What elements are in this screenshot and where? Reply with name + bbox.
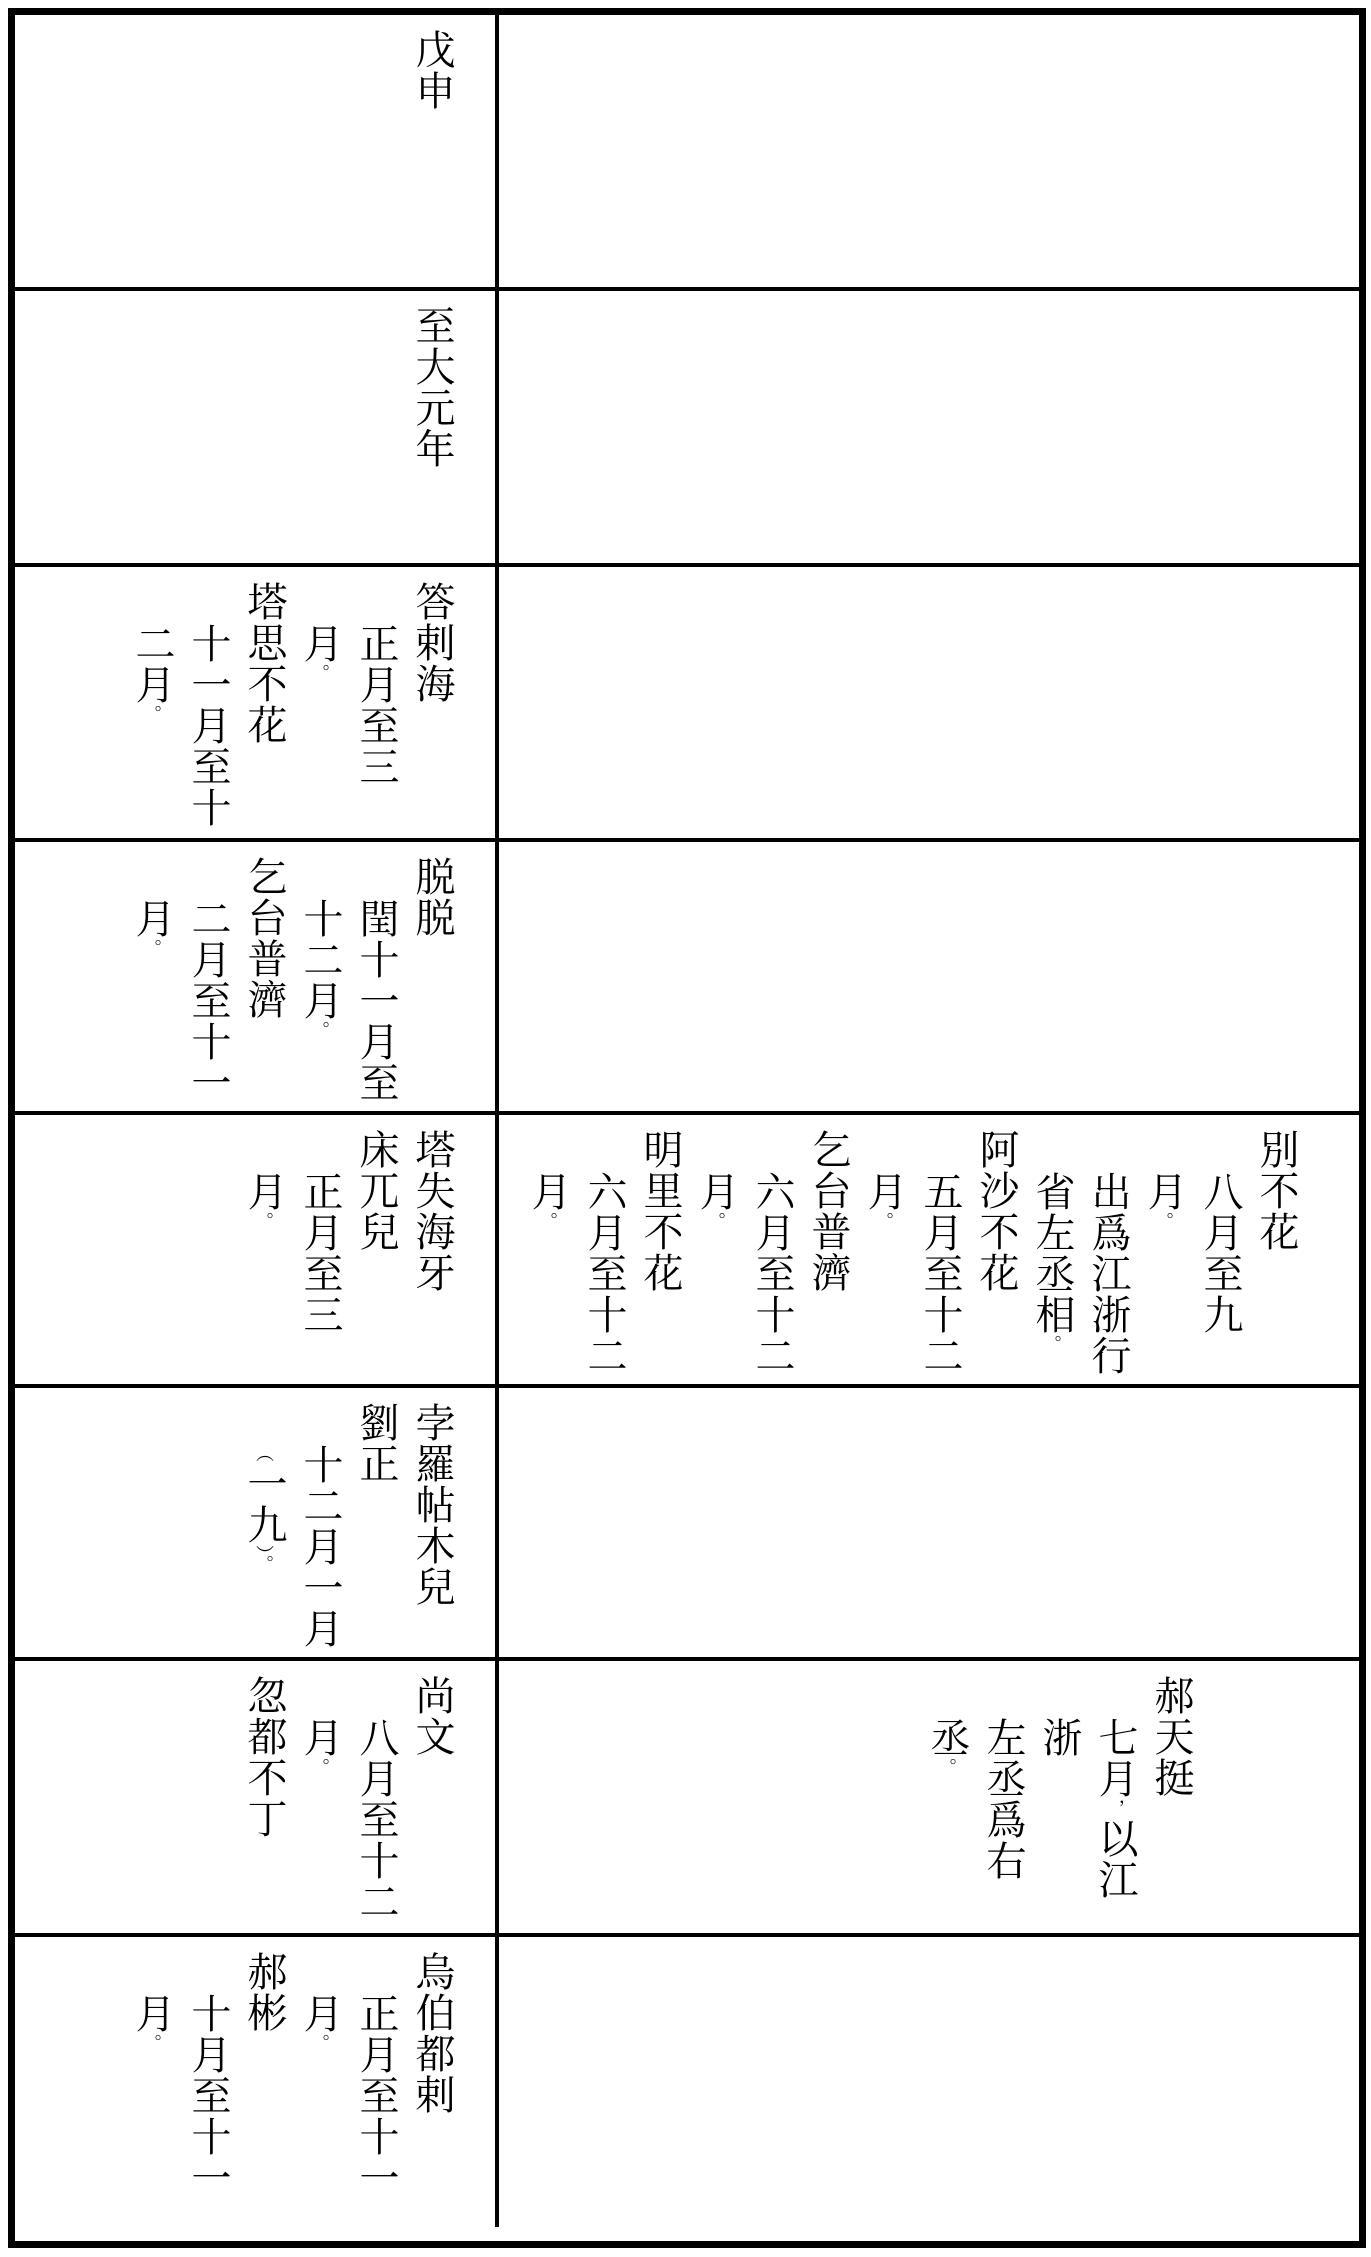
vertical-text-block: 孛羅帖木兒劉正十二月一月（一九）。 bbox=[15, 1388, 495, 1657]
date-range-text: 月。 bbox=[520, 1171, 576, 1380]
person-name-text: 戊申 bbox=[404, 29, 460, 283]
vertical-text-block: 郝天挺七月，以江浙左丞爲右丞。 bbox=[499, 1661, 1359, 1933]
date-range-text: 閏十一月至 bbox=[348, 898, 404, 1107]
date-range-text: 正月至三月。 bbox=[236, 1171, 348, 1380]
annotation-cell bbox=[499, 291, 1359, 563]
scanned-page: 戊申 至大元年 答剌海正月至三月。塔思不花十一月至十二月。 脱脱 bbox=[0, 0, 1371, 2257]
date-range-text: 五月至十二 bbox=[912, 1171, 968, 1380]
date-range-text: 八月至十二 bbox=[348, 1717, 404, 1929]
officials-cell: 郝天挺七月，以江浙左丞爲右丞。 bbox=[499, 1661, 1359, 1933]
officials-cell: 孛羅帖木兒劉正十二月一月（一九）。 bbox=[15, 1388, 499, 1657]
table-row: 戊申 bbox=[15, 15, 1359, 291]
date-range-text: 月。 bbox=[124, 1993, 180, 2223]
ganzhi-year-cell: 戊申 bbox=[15, 15, 499, 287]
person-name-text: 尚文 bbox=[404, 1675, 460, 1929]
chronology-table: 戊申 至大元年 答剌海正月至三月。塔思不花十一月至十二月。 脱脱 bbox=[8, 8, 1366, 2248]
annotation-cell bbox=[499, 567, 1359, 838]
person-name-text: 乞台普濟 bbox=[236, 856, 292, 1107]
table-row: 孛羅帖木兒劉正十二月一月（一九）。 bbox=[15, 1388, 1359, 1661]
officials-cell: 尚文八月至十二月。忽都不丁 bbox=[15, 1661, 499, 1933]
vertical-text-block bbox=[499, 567, 1359, 838]
vertical-text-block: 戊申 bbox=[15, 15, 495, 287]
person-name-text: 烏伯都剌 bbox=[404, 1951, 460, 2223]
person-name-text: 忽都不丁 bbox=[236, 1675, 292, 1929]
table-row: 尚文八月至十二月。忽都不丁 郝天挺七月，以江浙左丞爲右丞。 bbox=[15, 1661, 1359, 1937]
vertical-text-block: 尚文八月至十二月。忽都不丁 bbox=[15, 1661, 495, 1933]
vertical-text-block: 答剌海正月至三月。塔思不花十一月至十二月。 bbox=[15, 567, 495, 838]
date-range-text: 正月至十一 bbox=[348, 1993, 404, 2223]
vertical-text-block bbox=[499, 291, 1359, 563]
vertical-text-block: 至大元年 bbox=[15, 291, 495, 563]
date-range-text: 月。 bbox=[292, 1717, 348, 1929]
date-range-text: 六月至十二 bbox=[576, 1171, 632, 1380]
vertical-text-block: 脱脱閏十一月至十二月。乞台普濟二月至十一月。 bbox=[15, 842, 495, 1111]
era-year-cell: 至大元年 bbox=[15, 291, 499, 563]
date-range-text: 六月至十二 bbox=[744, 1171, 800, 1380]
date-range-text: 十二月一月 bbox=[292, 1444, 348, 1653]
date-range-text: 十一月至十 bbox=[180, 623, 236, 834]
date-range-text: 月。 bbox=[688, 1171, 744, 1380]
annotation-cell bbox=[499, 15, 1359, 287]
person-name-text: 孛羅帖木兒 bbox=[404, 1402, 460, 1653]
person-name-text: 答剌海 bbox=[404, 581, 460, 834]
vertical-text-block bbox=[499, 1388, 1359, 1657]
date-range-text: 八月至九月。 bbox=[1136, 1171, 1248, 1380]
table-row: 烏伯都剌正月至十一月。郝彬十月至十一月。 bbox=[15, 1937, 1359, 2227]
person-name-text: 床兀兒 bbox=[348, 1129, 404, 1380]
table-row: 塔失海牙床兀兒正月至三月。 別不花八月至九月。出爲江浙行省左丞相。阿沙不花五月至… bbox=[15, 1115, 1359, 1388]
officials-cell: 塔失海牙床兀兒正月至三月。 bbox=[15, 1115, 499, 1384]
date-range-text: 月。 bbox=[124, 898, 180, 1107]
officials-cell: 脱脱閏十一月至十二月。乞台普濟二月至十一月。 bbox=[15, 842, 499, 1111]
annotation-cell bbox=[499, 1388, 1359, 1657]
person-name-text: 乞台普濟 bbox=[800, 1129, 856, 1380]
officials-cell: 烏伯都剌正月至十一月。郝彬十月至十一月。 bbox=[15, 1937, 499, 2227]
vertical-text-block: 別不花八月至九月。出爲江浙行省左丞相。阿沙不花五月至十二月。乞台普濟六月至十二月… bbox=[499, 1115, 1359, 1384]
person-name-text: 郝彬 bbox=[236, 1951, 292, 2223]
date-range-text: （一九）。 bbox=[236, 1444, 292, 1653]
vertical-text-block bbox=[499, 15, 1359, 287]
annotation-cell bbox=[499, 1937, 1359, 2227]
person-name-text: 郝天挺 bbox=[1143, 1675, 1199, 1929]
date-range-text: 左丞爲右丞。 bbox=[919, 1717, 1031, 1929]
person-name-text: 阿沙不花 bbox=[968, 1129, 1024, 1380]
person-name-text: 脱脱 bbox=[404, 856, 460, 1107]
vertical-text-block: 烏伯都剌正月至十一月。郝彬十月至十一月。 bbox=[15, 1937, 495, 2227]
date-range-text: 正月至三月。 bbox=[292, 623, 404, 834]
table-row: 脱脱閏十一月至十二月。乞台普濟二月至十一月。 bbox=[15, 842, 1359, 1115]
vertical-text-block: 塔失海牙床兀兒正月至三月。 bbox=[15, 1115, 495, 1384]
table-row: 至大元年 bbox=[15, 291, 1359, 567]
date-range-text: 十月至十一 bbox=[180, 1993, 236, 2223]
vertical-text-block bbox=[499, 842, 1359, 1111]
person-name-text: 至大元年 bbox=[404, 305, 460, 559]
date-range-text: 七月，以江浙 bbox=[1031, 1717, 1143, 1929]
vertical-text-block bbox=[499, 1937, 1359, 2227]
person-name-text: 塔失海牙 bbox=[404, 1129, 460, 1380]
table-row: 答剌海正月至三月。塔思不花十一月至十二月。 bbox=[15, 567, 1359, 842]
date-range-text: 月。 bbox=[292, 1993, 348, 2223]
officials-cell: 別不花八月至九月。出爲江浙行省左丞相。阿沙不花五月至十二月。乞台普濟六月至十二月… bbox=[499, 1115, 1359, 1384]
date-range-text: 十二月。 bbox=[292, 898, 348, 1107]
date-range-text: 省左丞相。 bbox=[1024, 1171, 1080, 1380]
person-name-text: 明里不花 bbox=[632, 1129, 688, 1380]
annotation-cell bbox=[499, 842, 1359, 1111]
date-range-text: 二月。 bbox=[124, 623, 180, 834]
date-range-text: 月。 bbox=[856, 1171, 912, 1380]
person-name-text: 別不花 bbox=[1248, 1129, 1304, 1380]
person-name-text: 塔思不花 bbox=[236, 581, 292, 834]
date-range-text: 二月至十一 bbox=[180, 898, 236, 1107]
officials-cell: 答剌海正月至三月。塔思不花十一月至十二月。 bbox=[15, 567, 499, 838]
date-range-text: 出爲江浙行 bbox=[1080, 1171, 1136, 1380]
person-name-text: 劉正 bbox=[348, 1402, 404, 1653]
